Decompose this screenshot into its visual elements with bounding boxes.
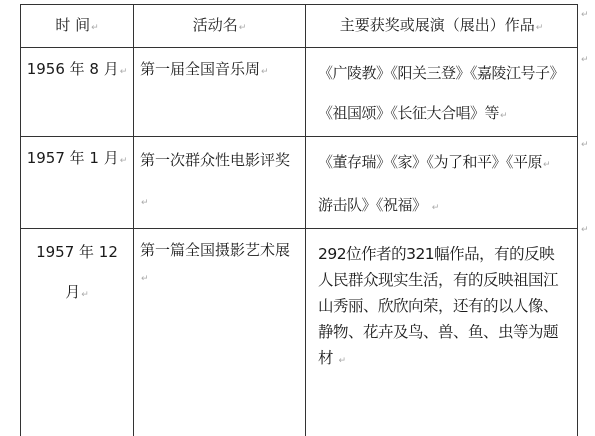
table-row: 1957 年 1 月↵ 第一次群众性电影评奖↵ 《董存瑞》《家》《为了和平》《平… (21, 137, 578, 229)
cell-works: 《广陵教》《阳关三登》《嘉陵江号子》 《祖国颂》《长征大合唱》等↵ (306, 48, 578, 137)
table-row: 1956 年 8 月↵ 第一届全国音乐周↵ 《广陵教》《阳关三登》《嘉陵江号子》… (21, 48, 578, 137)
cell-works: 292位作者的321幅作品，有的反映人民群众现实生活，有的反映祖国江山秀丽、欣欣… (306, 229, 578, 436)
table-header-row: 时 间↵ 活动名↵ 主要获奖或展演（展出）作品↵ (21, 5, 578, 48)
cell-works: 《董存瑞》《家》《为了和平》《平原↵ 游击队》《祝福》 ↵ (306, 137, 578, 229)
activities-table: 时 间↵ 活动名↵ 主要获奖或展演（展出）作品↵ 1956 年 8 月↵ 第一届… (20, 4, 578, 436)
cell-activity: 第一次群众性电影评奖↵ (134, 137, 306, 229)
cell-time: 1957 年 12 月↵ (21, 229, 134, 436)
end-of-row-mark: ↵ (581, 55, 589, 65)
end-of-row-mark: ↵ (581, 140, 589, 150)
cell-time: 1956 年 8 月↵ (21, 48, 134, 137)
cell-activity: 第一篇全国摄影艺术展↵ (134, 229, 306, 436)
end-of-row-mark: ↵ (581, 10, 589, 20)
header-time: 时 间↵ (21, 5, 134, 48)
cell-activity: 第一届全国音乐周↵ (134, 48, 306, 137)
end-of-row-mark: ↵ (581, 225, 589, 235)
header-activity: 活动名↵ (134, 5, 306, 48)
table-row: 1957 年 12 月↵ 第一篇全国摄影艺术展↵ 292位作者的321幅作品，有… (21, 229, 578, 436)
header-works: 主要获奖或展演（展出）作品↵ (306, 5, 578, 48)
cell-time: 1957 年 1 月↵ (21, 137, 134, 229)
